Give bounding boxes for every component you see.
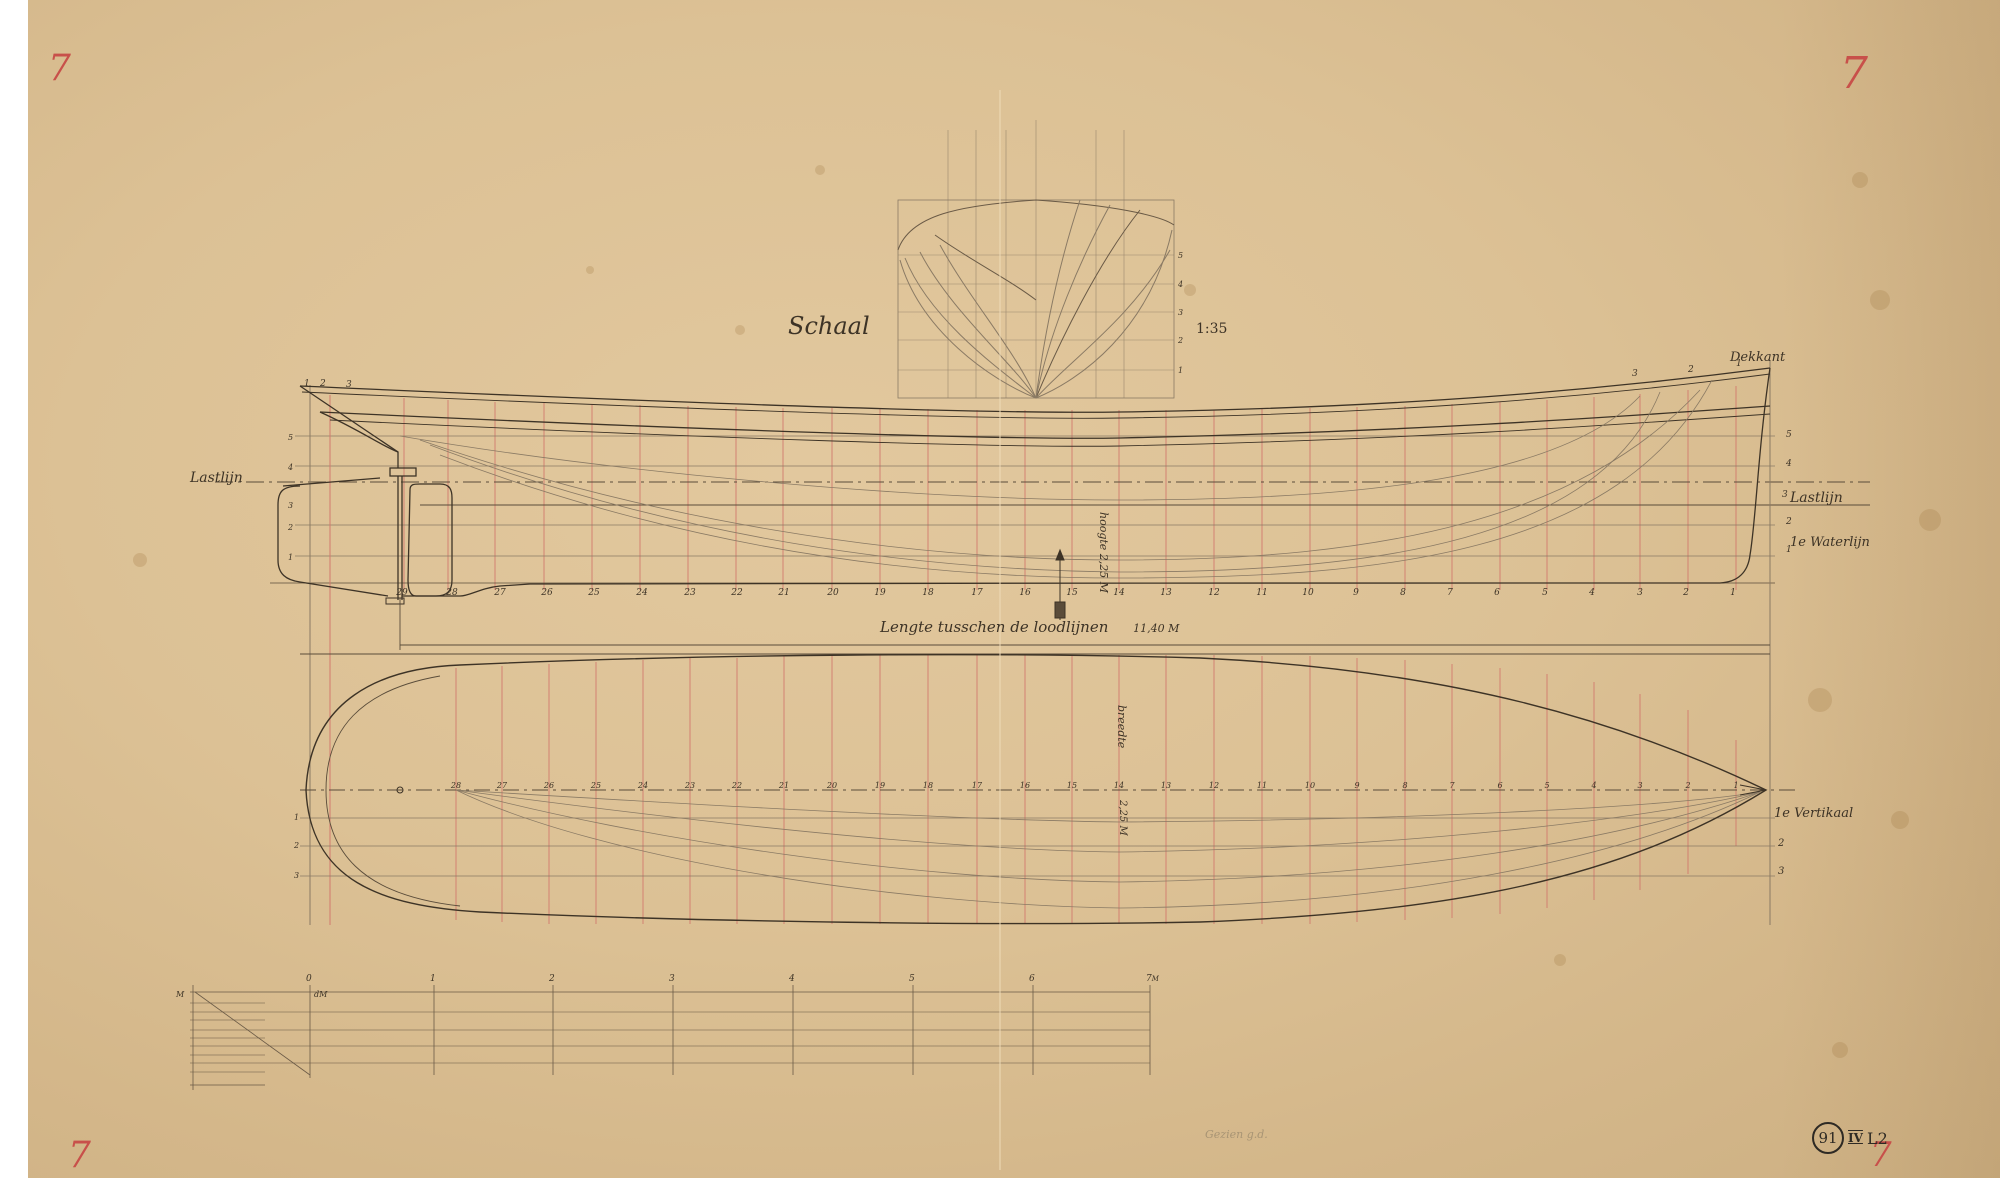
scale-tick-1: 1 <box>430 974 436 984</box>
svg-text:3: 3 <box>1637 588 1643 598</box>
svg-text:29: 29 <box>395 588 408 598</box>
svg-text:4: 4 <box>1177 280 1183 289</box>
length-value: 11,40 M <box>1133 622 1179 635</box>
sheer-marks: 321 123 <box>304 359 1742 390</box>
svg-text:6: 6 <box>1497 781 1502 790</box>
signature: Gezien g.d. <box>1205 1128 1268 1141</box>
corner-mark-top-right: 7 <box>1840 48 1868 99</box>
svg-text:2: 2 <box>287 523 293 532</box>
svg-text:4: 4 <box>1590 781 1596 790</box>
svg-text:3: 3 <box>294 871 299 880</box>
profile-view <box>215 360 1870 925</box>
svg-text:9: 9 <box>1354 781 1359 790</box>
length-label: Lengte tusschen de loodlijnen 11,40 M <box>880 618 1179 636</box>
deck-label: Dekkant <box>1730 350 1785 365</box>
scale-bar <box>190 985 1150 1090</box>
height-label: hoogte 2,25 M <box>1097 512 1110 593</box>
svg-text:22: 22 <box>730 588 743 598</box>
svg-text:24: 24 <box>635 588 648 598</box>
svg-text:19: 19 <box>874 588 886 598</box>
scale-tick-2: 2 <box>549 974 555 984</box>
svg-text:2: 2 <box>319 379 326 389</box>
svg-text:1: 1 <box>1178 366 1183 375</box>
plan-view <box>300 655 1800 924</box>
archive-stamp: 91 IV L2 <box>1812 1122 1888 1154</box>
corner-mark-top-left: 7 <box>48 48 71 89</box>
svg-text:1: 1 <box>288 553 293 562</box>
svg-text:27: 27 <box>493 588 506 598</box>
svg-text:10: 10 <box>1302 588 1314 598</box>
scale-end-unit: M <box>1152 975 1159 983</box>
scale-bar-unit-dm: dM <box>314 990 327 999</box>
svg-text:19: 19 <box>875 781 885 790</box>
scale-tick-7: 7M <box>1146 974 1159 984</box>
svg-text:7: 7 <box>1447 588 1453 598</box>
svg-text:26: 26 <box>540 588 553 598</box>
svg-text:24: 24 <box>637 781 648 790</box>
body-plan <box>898 120 1174 398</box>
svg-text:1: 1 <box>294 813 299 822</box>
svg-text:8: 8 <box>1400 588 1406 598</box>
body-plan-waterline-numbers: 543 21 <box>1177 251 1183 375</box>
archive-roman-numeral: IV <box>1848 1131 1863 1145</box>
svg-text:11: 11 <box>1256 588 1267 598</box>
svg-text:5: 5 <box>1542 588 1548 598</box>
svg-text:2: 2 <box>1687 365 1694 375</box>
svg-text:27: 27 <box>496 781 508 790</box>
svg-text:3: 3 <box>1782 490 1788 500</box>
scale-tick-4: 4 <box>789 974 795 984</box>
svg-text:5: 5 <box>1544 781 1549 790</box>
svg-text:13: 13 <box>1160 588 1172 598</box>
svg-text:2: 2 <box>1785 517 1792 527</box>
profile-waterline-numbers-left: 543 21 <box>287 433 293 562</box>
svg-text:23: 23 <box>684 781 695 790</box>
svg-text:26: 26 <box>543 781 554 790</box>
svg-text:13: 13 <box>1161 781 1171 790</box>
svg-text:2: 2 <box>293 841 299 850</box>
svg-text:1: 1 <box>304 379 310 389</box>
svg-text:12: 12 <box>1209 781 1219 790</box>
svg-text:11: 11 <box>1257 781 1267 790</box>
svg-text:12: 12 <box>1208 588 1220 598</box>
svg-text:5: 5 <box>1786 430 1792 440</box>
svg-text:25: 25 <box>587 588 600 598</box>
svg-text:3: 3 <box>1178 308 1183 317</box>
scale-bar-unit-m: M <box>176 990 184 999</box>
svg-text:20: 20 <box>826 588 839 598</box>
svg-text:20: 20 <box>826 781 837 790</box>
svg-text:21: 21 <box>778 781 789 790</box>
breadth-value: 2,25 M <box>1117 800 1128 836</box>
archive-circled-number: 91 <box>1812 1122 1844 1154</box>
plan-left-numbers: 123 <box>293 813 299 880</box>
svg-text:4: 4 <box>1785 459 1792 469</box>
svg-text:18: 18 <box>922 588 934 598</box>
scale-tick-6: 6 <box>1029 974 1035 984</box>
svg-text:6: 6 <box>1494 588 1500 598</box>
svg-text:3: 3 <box>1637 781 1642 790</box>
svg-text:28: 28 <box>450 781 461 790</box>
svg-text:9: 9 <box>1353 588 1359 598</box>
svg-text:16: 16 <box>1019 588 1031 598</box>
svg-text:3: 3 <box>288 501 293 510</box>
svg-text:8: 8 <box>1402 781 1407 790</box>
lines-plan-drawing: 543 21 <box>0 0 2000 1195</box>
svg-text:14: 14 <box>1114 781 1124 790</box>
scale-tick-3: 3 <box>669 974 675 984</box>
breadth-label: breedte <box>1115 705 1128 748</box>
svg-text:4: 4 <box>287 463 293 472</box>
plan-station-numbers: 282726 252423 222120 191817 161514 13121… <box>450 781 1739 790</box>
svg-text:15: 15 <box>1067 781 1077 790</box>
svg-text:1: 1 <box>1733 781 1738 790</box>
scale-tick-5: 5 <box>909 974 915 984</box>
svg-text:3: 3 <box>346 380 352 390</box>
svg-text:5: 5 <box>1178 251 1183 260</box>
archive-suffix: L2 <box>1867 1129 1888 1148</box>
second-vertical-label: 2 <box>1778 838 1784 849</box>
svg-text:5: 5 <box>288 433 293 442</box>
scale-label: Schaal <box>788 312 870 340</box>
svg-text:23: 23 <box>683 588 696 598</box>
svg-text:4: 4 <box>1588 588 1595 598</box>
corner-mark-bottom-left: 7 <box>68 1135 91 1176</box>
svg-text:14: 14 <box>1113 588 1125 598</box>
svg-text:21: 21 <box>777 588 789 598</box>
svg-text:2: 2 <box>1177 336 1183 345</box>
first-waterline-label: 1e Waterlijn <box>1790 535 1870 550</box>
first-vertical-label: 1e Vertikaal <box>1774 806 1853 821</box>
svg-text:22: 22 <box>731 781 742 790</box>
svg-text:28: 28 <box>445 588 458 598</box>
svg-text:15: 15 <box>1066 588 1078 598</box>
load-line-label-left: Lastlijn <box>190 470 243 486</box>
svg-text:2: 2 <box>1684 781 1690 790</box>
svg-text:2: 2 <box>1682 588 1689 598</box>
length-text: Lengte tusschen de loodlijnen <box>880 618 1108 636</box>
svg-text:17: 17 <box>971 588 983 598</box>
scale-value: 1:35 <box>1196 321 1227 337</box>
midship-arrow <box>1055 550 1065 620</box>
svg-text:25: 25 <box>590 781 601 790</box>
load-line-label-right: Lastlijn <box>1790 490 1843 506</box>
svg-text:16: 16 <box>1020 781 1030 790</box>
svg-text:7: 7 <box>1449 781 1455 790</box>
svg-text:10: 10 <box>1305 781 1315 790</box>
svg-text:3: 3 <box>1632 369 1638 379</box>
profile-station-numbers: 292827 262524 232221 201918 171615 14131… <box>395 588 1736 598</box>
svg-text:18: 18 <box>923 781 933 790</box>
svg-text:17: 17 <box>972 781 983 790</box>
scale-tick-0: 0 <box>306 974 312 984</box>
svg-text:1: 1 <box>1730 588 1736 598</box>
third-vertical-label: 3 <box>1778 866 1784 877</box>
